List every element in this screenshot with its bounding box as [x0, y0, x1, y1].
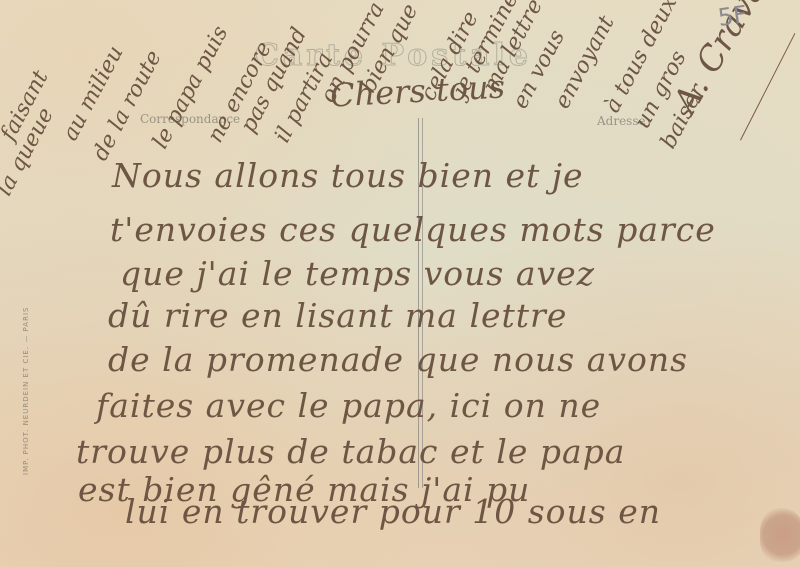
body-line: Nous allons tous bien et je: [112, 156, 584, 195]
ink-stain: [760, 508, 800, 562]
body-line: de la promenade que nous avons: [108, 340, 688, 379]
body-line: trouve plus de tabac et le papa: [76, 432, 625, 471]
body-line: dû rire en lisant ma lettre: [108, 296, 567, 335]
printer-imprint: IMP. PHOT. NEURDEIN ET CIE. — PARIS: [22, 307, 30, 475]
greeting: Chers tous: [329, 67, 506, 114]
body-line: faites avec le papa, ici on ne: [96, 386, 601, 425]
postcard-back: Carte Postale Correspondance Adresse IMP…: [0, 0, 800, 567]
body-line: que j'ai le temps vous avez: [120, 254, 595, 293]
pencil-price-mark: 5F: [716, 0, 749, 32]
body-line: lui en trouver pour 10 sous en: [125, 492, 661, 531]
body-line: t'envoies ces quelques mots parce: [110, 210, 716, 249]
stamp-corner-line: [740, 33, 795, 140]
